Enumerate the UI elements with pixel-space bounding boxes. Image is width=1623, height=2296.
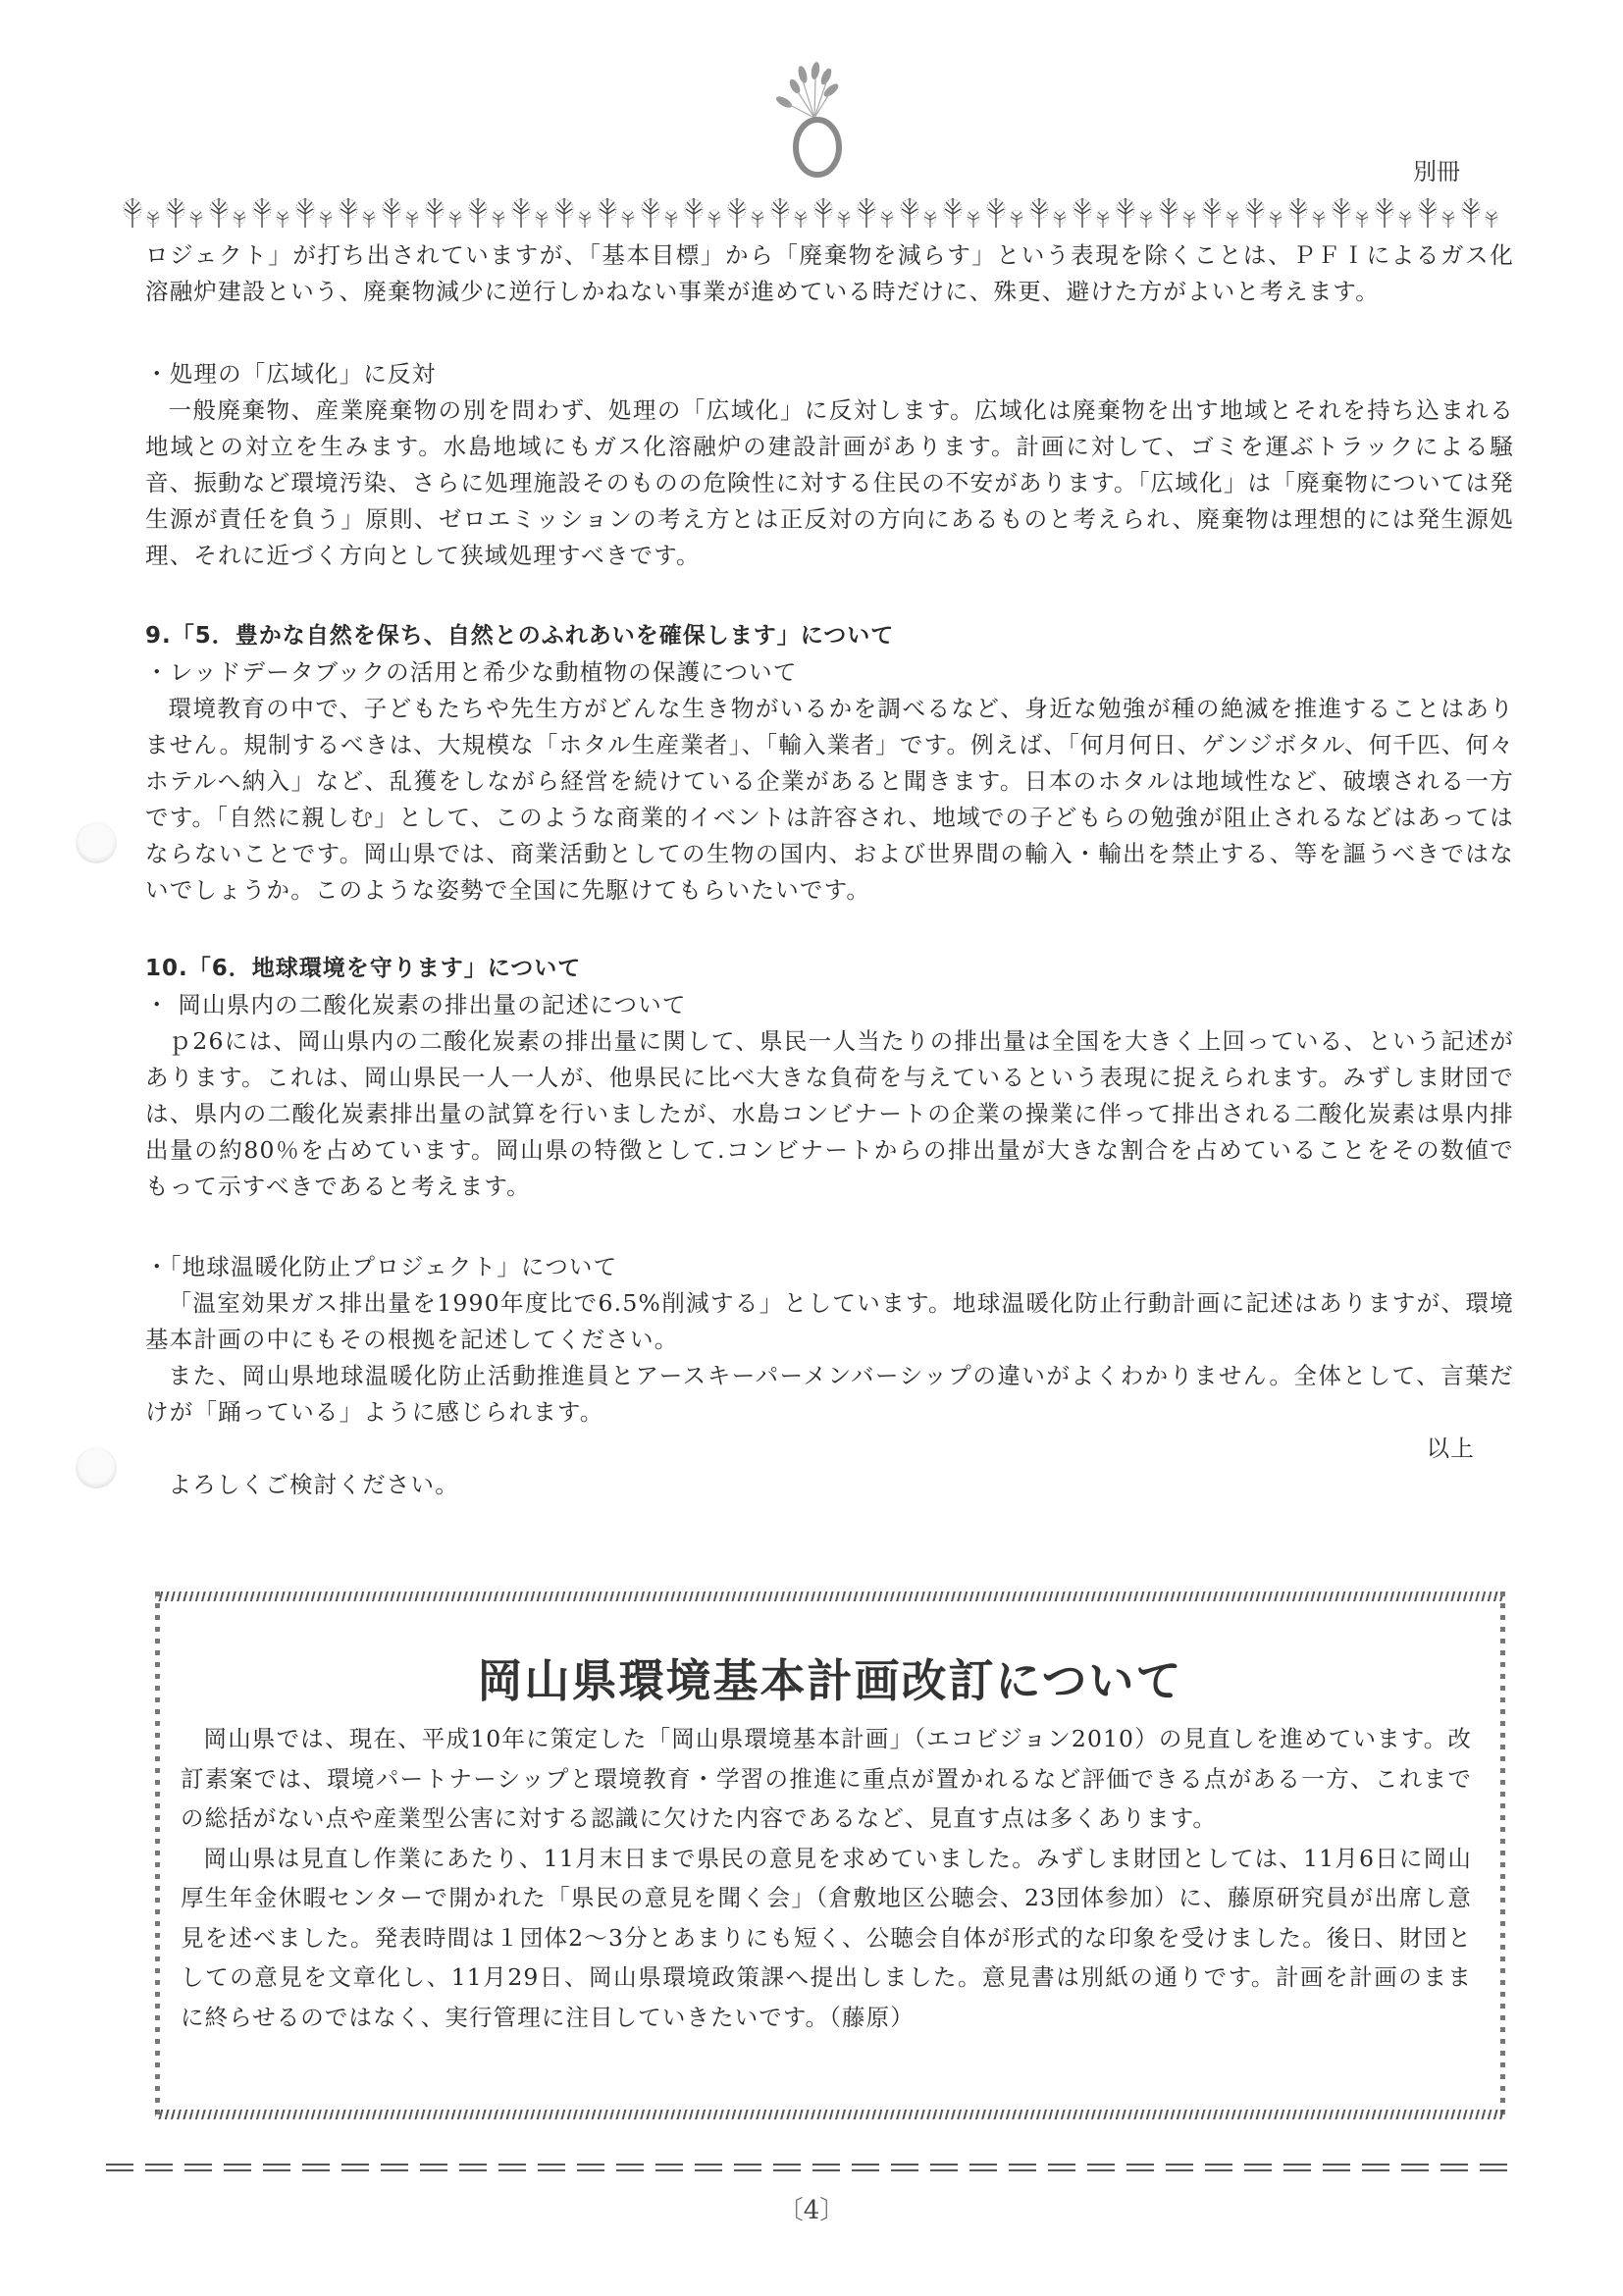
article-paragraph-2: 岡山県は見直し作業にあたり、11月末日まで県民の意見を求めていました。みずしま財… bbox=[181, 1839, 1472, 2038]
closing-line: よろしくご検討ください。 bbox=[145, 1467, 1514, 1503]
separate-volume-label: 別冊 bbox=[1413, 152, 1460, 186]
punch-hole-icon bbox=[76, 822, 117, 863]
footer-divider bbox=[106, 2164, 1515, 2173]
sprout-ring-logo-icon bbox=[770, 61, 859, 179]
article-title: 岡山県環境基本計画改訂について bbox=[155, 1645, 1505, 1710]
section-9-paragraph: 環境教育の中で、子どもたちや先生方がどんな生き物がいるかを調べるなど、身近な勉強… bbox=[145, 691, 1514, 909]
tree-border-icon bbox=[123, 196, 1511, 230]
section-10-heading: 10.「6．地球環境を守ります」について bbox=[145, 951, 1514, 987]
warming-paragraph-1: 「温室効果ガス排出量を1990年度比で6.5%削減する」としています。地球温暖化… bbox=[145, 1285, 1514, 1358]
section-9-heading: 9.「5．豊かな自然を保ち、自然とのふれあいを確保します」について bbox=[145, 618, 1514, 654]
article-paragraph-1: 岡山県では、現在、平成10年に策定した「岡山県環境基本計画」（エコビジョン201… bbox=[181, 1719, 1472, 1839]
warming-paragraph-2: また、岡山県地球温暖化防止活動推進員とアースキーパーメンバーシップの違いがよくわ… bbox=[145, 1358, 1514, 1431]
page-number: 〔4〕 bbox=[0, 2190, 1623, 2226]
punch-hole-icon bbox=[76, 1447, 117, 1488]
co2-paragraph: ｐ26には、岡山県内の二酸化炭素の排出量に関して、県民一人当たりの排出量は全国を… bbox=[145, 1023, 1514, 1205]
wide-area-paragraph: 一般廃棄物、産業廃棄物の別を問わず、処理の「広域化」に反対します。広域化は廃棄物… bbox=[145, 392, 1514, 574]
article-box: 岡山県環境基本計画改訂について 岡山県では、現在、平成10年に策定した「岡山県環… bbox=[155, 1592, 1505, 2119]
warming-subheading: ・「地球温暖化防止プロジェクト」について bbox=[145, 1249, 1514, 1285]
section-9-subheading: ・レッドデータブックの活用と希少な動植物の保護について bbox=[145, 654, 1514, 691]
closing-mark: 以上 bbox=[145, 1431, 1514, 1467]
box-border bbox=[155, 2110, 1505, 2119]
article-body: 岡山県では、現在、平成10年に策定した「岡山県環境基本計画」（エコビジョン201… bbox=[181, 1719, 1472, 2037]
box-border bbox=[155, 1592, 1505, 1601]
intro-paragraph: ロジェクト」が打ち出されていますが、「基本目標」から「廃棄物を減らす」という表現… bbox=[145, 237, 1514, 310]
co2-subheading: ・ 岡山県内の二酸化炭素の排出量の記述について bbox=[145, 987, 1514, 1023]
wide-area-subheading: ・処理の「広域化」に反対 bbox=[145, 356, 1514, 392]
document-body: ロジェクト」が打ち出されていますが、「基本目標」から「廃棄物を減らす」という表現… bbox=[145, 237, 1514, 1503]
